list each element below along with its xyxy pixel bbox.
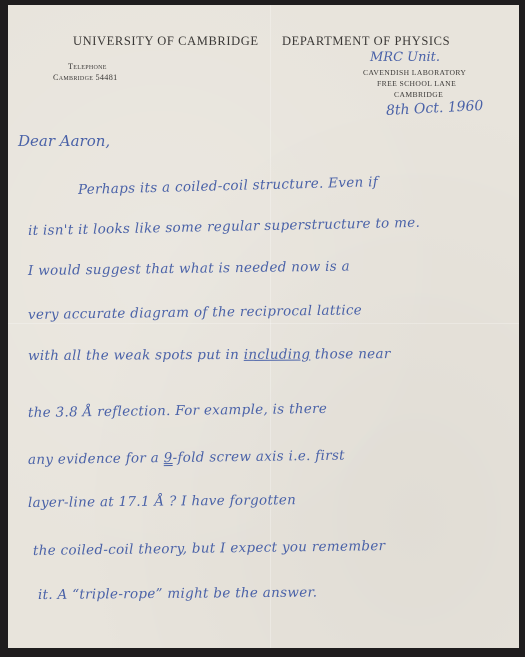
address-line-1: CAVENDISH LABORATORY <box>363 68 466 77</box>
body-text: it. A “triple-rope” might be the answer. <box>38 585 317 603</box>
telephone-label: Telephone <box>68 62 107 71</box>
fold-line-horizontal <box>8 323 519 324</box>
body-text: I would suggest that what is needed now … <box>28 259 350 279</box>
body-text: -fold screw axis i.e. first <box>172 448 345 466</box>
salutation: Dear Aaron, <box>18 132 110 150</box>
body-line-7: any evidence for a 9-fold screw axis i.e… <box>28 448 345 468</box>
department-name: DEPARTMENT OF PHYSICS <box>282 34 450 49</box>
telephone-number: Cambridge 54481 <box>53 73 117 82</box>
body-text: with all the weak spots put in <box>28 347 244 364</box>
body-text: it isn't it looks like some regular supe… <box>28 215 420 239</box>
letter-page: UNIVERSITY OF CAMBRIDGE DEPARTMENT OF PH… <box>8 5 519 648</box>
body-text: the coiled-coil theory, but I expect you… <box>33 538 386 559</box>
body-line-5: with all the weak spots put in including… <box>28 346 391 364</box>
body-text: those near <box>310 346 390 362</box>
body-text: Perhaps its a coiled-coil structure. Eve… <box>78 174 378 198</box>
underlined-word: including <box>244 347 311 363</box>
body-line-3: I would suggest that what is needed now … <box>28 259 350 279</box>
letter-date: 8th Oct. 1960 <box>386 98 484 119</box>
body-text: layer-line at 17.1 Å ? I have forgotten <box>28 492 296 511</box>
body-line-1: Perhaps its a coiled-coil structure. Eve… <box>78 174 378 198</box>
body-line-9: the coiled-coil theory, but I expect you… <box>33 538 386 559</box>
unit-note: MRC Unit. <box>370 50 440 65</box>
body-line-6: the 3.8 Å reflection. For example, is th… <box>28 401 327 421</box>
address-line-2: FREE SCHOOL LANE <box>377 79 456 88</box>
body-line-4: very accurate diagram of the reciprocal … <box>28 302 362 323</box>
body-text: any evidence for a <box>28 450 164 468</box>
body-line-10: it. A “triple-rope” might be the answer. <box>38 585 317 603</box>
body-text: very accurate diagram of the reciprocal … <box>28 302 362 323</box>
body-line-8: layer-line at 17.1 Å ? I have forgotten <box>28 492 296 511</box>
underlined-number: 9 <box>164 450 173 466</box>
university-name: UNIVERSITY OF CAMBRIDGE <box>73 34 259 49</box>
address-line-3: CAMBRIDGE <box>394 90 443 99</box>
body-text: the 3.8 Å reflection. For example, is th… <box>28 401 327 421</box>
body-line-2: it isn't it looks like some regular supe… <box>28 215 420 239</box>
